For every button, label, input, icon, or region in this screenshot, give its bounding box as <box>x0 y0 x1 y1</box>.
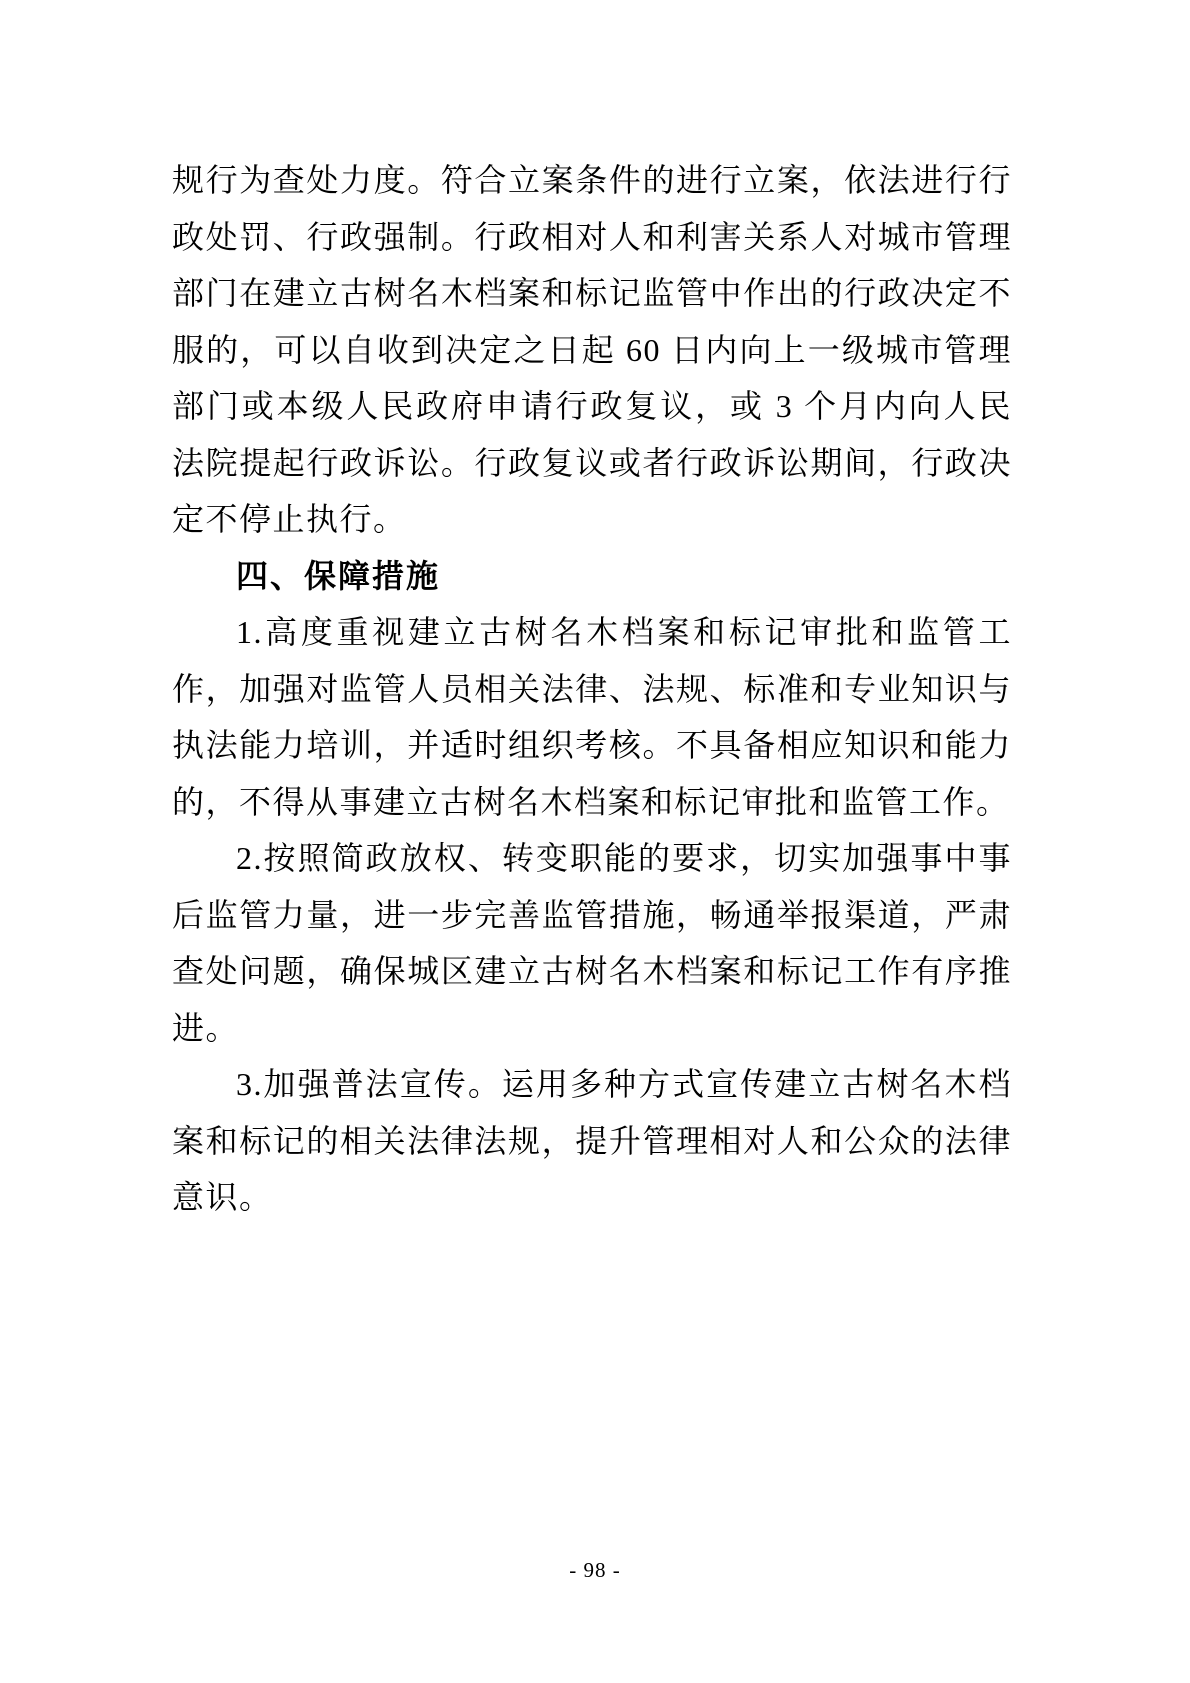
section-heading-safeguard-measures: 四、保障措施 <box>172 548 1012 605</box>
paragraph-item-1: 1.高度重视建立古树名木档案和标记审批和监管工作，加强对监管人员相关法律、法规、… <box>172 604 1012 830</box>
paragraph-continuation: 规行为查处力度。符合立案条件的进行立案，依法进行行政处罚、行政强制。行政相对人和… <box>172 152 1012 548</box>
page-number: - 98 - <box>0 1558 1190 1583</box>
document-body: 规行为查处力度。符合立案条件的进行立案，依法进行行政处罚、行政强制。行政相对人和… <box>172 152 1012 1226</box>
paragraph-item-3: 3.加强普法宣传。运用多种方式宣传建立古树名木档案和标记的相关法律法规，提升管理… <box>172 1056 1012 1226</box>
paragraph-item-2: 2.按照简政放权、转变职能的要求，切实加强事中事后监管力量，进一步完善监管措施，… <box>172 830 1012 1056</box>
document-page: 规行为查处力度。符合立案条件的进行立案，依法进行行政处罚、行政强制。行政相对人和… <box>0 0 1190 1683</box>
